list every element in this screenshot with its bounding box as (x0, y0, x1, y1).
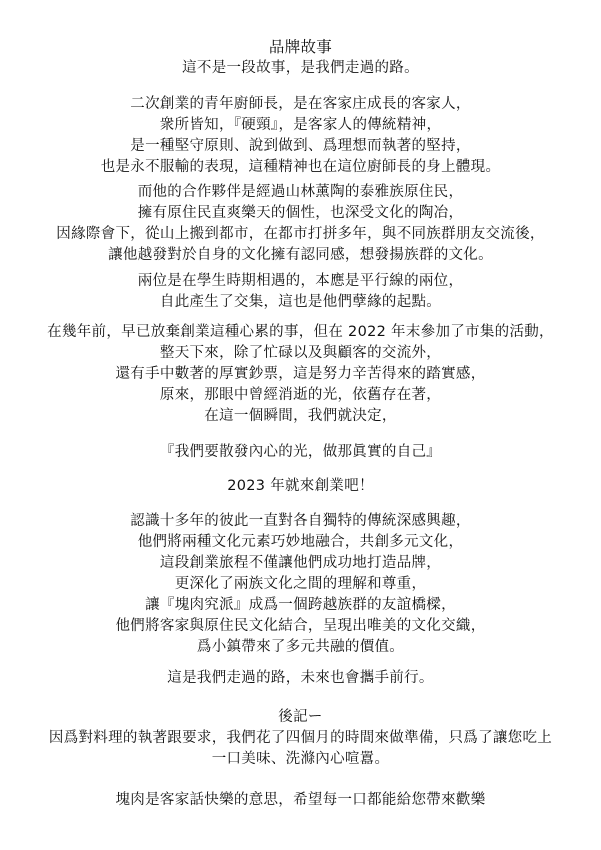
paragraph-4-line-1: 在幾年前，早已放棄創業這種心累的事，但在 2022 年末參加了市集的活動， (0, 322, 601, 342)
postscript-line-2: 一口美味、洗滌內心喧囂。 (0, 749, 601, 769)
founding-year-line: 2023 年就來創業吧！ (0, 476, 601, 496)
paragraph-1-line-1: 二次創業的青年廚師長，是在客家庄成長的客家人， (0, 94, 601, 114)
paragraph-7-line-6: 他們將客家與原住民文化結合，呈現出唯美的文化交織， (0, 616, 601, 636)
paragraph-3-line-1: 兩位是在學生時期相遇的，本應是平行線的兩位， (0, 271, 601, 291)
postscript-line-1: 因爲對料理的執著跟要求，我們花了四個月的時間來做準備，只爲了讓您吃上 (0, 728, 601, 748)
paragraph-1-line-4: 也是永不服輸的表現，這種精神也在這位廚師長的身上體現。 (0, 157, 601, 177)
document-title: 品牌故事 (0, 37, 601, 57)
paragraph-4-line-3: 還有手中數著的厚實鈔票，這是努力辛苦得來的踏實感， (0, 364, 601, 384)
paragraph-1-line-2: 衆所皆知，『硬頸』，是客家人的傳統精神， (0, 115, 601, 135)
paragraph-7-line-2: 他們將兩種文化元素巧妙地融合，共創多元文化， (0, 532, 601, 552)
paragraph-2-line-4: 讓他越發對於自身的文化擁有認同感，想發揚族群的文化。 (0, 245, 601, 265)
paragraph-2-line-1: 而他的合作夥伴是經過山林薰陶的泰雅族原住民， (0, 182, 601, 202)
paragraph-7-line-7: 爲小鎮帶來了多元共融的價值。 (0, 637, 601, 657)
paragraph-7-line-3: 這段創業旅程不僅讓他們成功地打造品牌， (0, 553, 601, 573)
paragraph-3-line-2: 自此產生了交集，這也是他們孽緣的起點。 (0, 292, 601, 312)
document-subtitle: 這不是一段故事，是我們走過的路。 (0, 58, 601, 78)
motto-quote: 『我們要散發內心的光，做那眞實的自己』 (0, 442, 601, 462)
paragraph-4-line-2: 整天下來，除了忙碌以及與顧客的交流外， (0, 343, 601, 363)
postscript-heading: 後記ー (0, 707, 601, 727)
paragraph-7-line-4: 更深化了兩族文化之間的理解和尊重， (0, 574, 601, 594)
paragraph-7-line-5: 讓『塊肉究派』成爲一個跨越族群的友誼橋樑， (0, 595, 601, 615)
postscript-final-line: 塊肉是客家話快樂的意思，希望每一口都能給您帶來歡樂 (0, 790, 601, 810)
paragraph-4-line-5: 在這一個瞬間，我們就決定， (0, 406, 601, 426)
paragraph-2-line-2: 擁有原住民直爽樂天的個性，也深受文化的陶冶， (0, 203, 601, 223)
paragraph-1-line-3: 是一種堅守原則、說到做到、爲理想而執著的堅持， (0, 136, 601, 156)
paragraph-4-line-4: 原來，那眼中曾經消逝的光，依舊存在著， (0, 385, 601, 405)
brand-story-document: 品牌故事 這不是一段故事，是我們走過的路。 二次創業的青年廚師長，是在客家庄成長… (0, 0, 601, 850)
paragraph-2-line-3: 因緣際會下，從山上搬到都市，在都市打拼多年，與不同族群朋友交流後， (0, 224, 601, 244)
paragraph-7-line-1: 認識十多年的彼此一直對各自獨特的傳統深感興趣， (0, 511, 601, 531)
closing-line: 這是我們走過的路，未來也會攜手前行。 (0, 668, 601, 688)
